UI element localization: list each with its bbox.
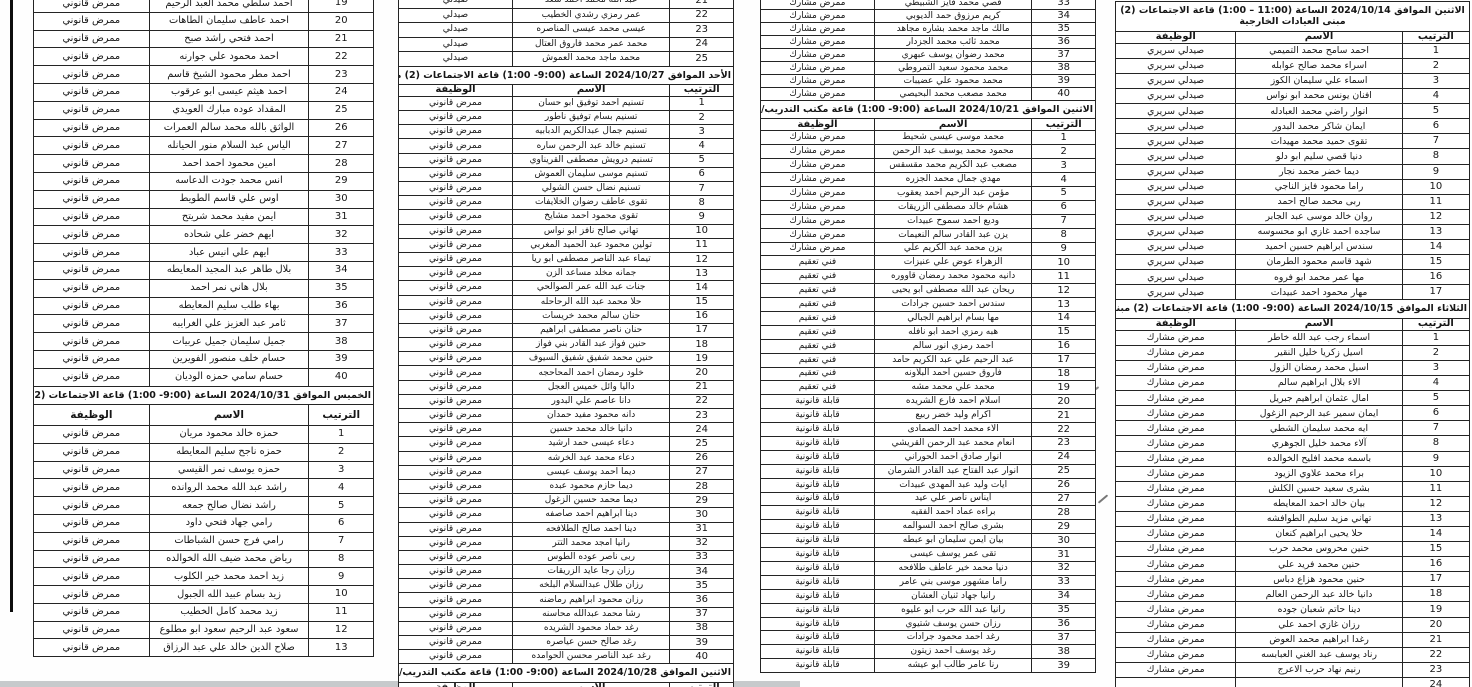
name-cell: جميل سليمان جميل عربيات <box>149 333 309 351</box>
table-row: 8يزن عبد القادر سالم النعيماتممرض مشارك <box>761 228 1096 242</box>
name-cell: تهاني صالح نافز ابو نواس <box>512 224 669 238</box>
job-cell: ممرض مشارك <box>761 200 875 214</box>
table-row: 10تهاني صالح نافز ابو نواسممرض قانوني <box>399 224 734 238</box>
job-cell: ممرض قانوني <box>399 366 513 380</box>
name-cell: عمر رمزي رشدي الخطيب <box>512 8 669 23</box>
table-row: 23رنيم نهاد حرب الاعرجممرض مشارك <box>1116 662 1470 677</box>
table-row: 3مصعب عبد الكريم محمد مقسقسممرض مشارك <box>761 159 1096 173</box>
rank-cell: 3 <box>1402 360 1469 375</box>
job-cell: ممرض قانوني <box>399 309 513 323</box>
job-cell: صيدلي سريري <box>1116 43 1236 58</box>
table-row: 30اوس علي قاسم الطويطممرض قانوني <box>34 190 374 208</box>
name-cell: تقوى محمود احمد مشايخ <box>512 210 669 224</box>
table-row: 13جمانه مخلد مساعد الزنممرض قانوني <box>399 267 734 281</box>
name-cell: رامي جهاد فتحي داود <box>149 514 309 532</box>
job-cell: ممرض قانوني <box>34 479 150 497</box>
rank-cell: 33 <box>670 550 734 564</box>
job-cell: ممرض مشارك <box>761 36 875 49</box>
table-row: 37ثامر عبد العزيز علي الغرايبهممرض قانون… <box>34 315 374 333</box>
rank-cell: 9 <box>1032 242 1096 256</box>
name-cell: احمد فتحي راشد صبح <box>149 30 309 48</box>
job-cell: ممرض قانوني <box>34 0 150 12</box>
job-cell: ممرض مشارك <box>1116 526 1236 541</box>
name-cell: محمد رضوان يوسف عبهري <box>874 49 1031 62</box>
name-cell: دعاء محمد عبد الخرشه <box>512 451 669 465</box>
table-row: 31تقى عمر يوسف عيسىقابلة قانونية <box>761 548 1096 562</box>
job-cell: صيدلي سريري <box>1116 285 1236 300</box>
rank-cell: 37 <box>1032 631 1096 645</box>
table-row: 4راشد عبد الله محمد الرواندهممرض قانوني <box>34 479 374 497</box>
rank-cell: 23 <box>1402 662 1469 677</box>
job-cell: ممرض مشارك <box>1116 587 1236 602</box>
job-cell: قابلة قانونية <box>761 450 875 464</box>
table-row: 21داليا وائل خميس العجلممرض قانوني <box>399 380 734 394</box>
job-cell: قابلة قانونية <box>761 534 875 548</box>
name-cell: ربى ناصر عوده الطوس <box>512 550 669 564</box>
rank-cell: 5 <box>1402 104 1469 119</box>
table-row: 12تيماء عبد الناصر مصطفى ابو رياممرض قان… <box>399 252 734 266</box>
job-cell: ممرض مشارك <box>1116 406 1236 421</box>
scan-artifact <box>1098 494 1108 503</box>
rank-cell: 1 <box>1402 330 1469 345</box>
job-cell: ممرض قانوني <box>34 83 150 101</box>
name-cell: احمد هيثم عيسى ابو عرقوب <box>149 83 309 101</box>
job-cell: صيدلي سريري <box>1116 194 1236 209</box>
table-row: 29انس محمد جودت الدعاسهممرض قانوني <box>34 172 374 190</box>
name-cell: سعود عبد الرحيم سعود ابو مطلوع <box>149 621 309 639</box>
job-cell: قابلة قانونية <box>761 423 875 437</box>
name-cell: سندس ابراهيم حسين احميد <box>1236 240 1402 255</box>
name-cell <box>1236 677 1402 687</box>
rank-cell: 12 <box>1402 496 1469 511</box>
rank-cell: 32 <box>670 536 734 550</box>
rank-cell: 9 <box>309 568 374 586</box>
job-cell: ممرض قانوني <box>399 167 513 181</box>
schedule-column-2: 21عبد الله محمد احمد سعدصيدلي22عمر رمزي … <box>398 0 734 687</box>
rank-cell: 4 <box>1402 376 1469 391</box>
rank-cell: 38 <box>309 333 374 351</box>
table-row: 23دانه محمود مفيد حمدانممرض قانوني <box>399 409 734 423</box>
rank-cell: 2 <box>309 443 374 461</box>
rank-cell: 24 <box>670 423 734 437</box>
name-cell: امال عثمان ابراهيم جبريل <box>1236 391 1402 406</box>
job-cell: قابلة قانونية <box>761 409 875 423</box>
roster-table: الترتيبالاسمالوظيفة1احمد سامح محمد التمي… <box>1115 31 1470 301</box>
name-cell: بلال هاني نمر احمد <box>149 279 309 297</box>
job-cell: ممرض قانوني <box>34 621 150 639</box>
job-cell: ممرض قانوني <box>399 252 513 266</box>
rank-cell: 1 <box>670 96 734 110</box>
rank-cell: 13 <box>1402 224 1469 239</box>
job-cell: ممرض مشارك <box>761 131 875 145</box>
job-cell: ممرض مشارك <box>1116 617 1236 632</box>
rank-cell: 10 <box>309 586 374 604</box>
job-cell: صيدلي سريري <box>1116 164 1236 179</box>
job-cell: ممرض قانوني <box>399 210 513 224</box>
name-cell: براء محمد علاوي الزيود <box>1236 466 1402 481</box>
name-cell: حسام خلف منصور الفويرين <box>149 350 309 368</box>
rank-header: الترتيب <box>1402 31 1469 43</box>
name-cell: اكرام وليد خضر ربيع <box>874 409 1031 423</box>
table-row: 6رامي جهاد فتحي داودممرض قانوني <box>34 514 374 532</box>
job-cell: ممرض قانوني <box>399 579 513 593</box>
table-row: 26الواثق بالله محمد سالم العمراتممرض قان… <box>34 119 374 137</box>
rank-cell: 18 <box>670 338 734 352</box>
rank-cell: 39 <box>1032 75 1096 88</box>
name-cell: محمد ماجد محمد العموش <box>512 52 669 67</box>
rank-cell: 16 <box>1032 339 1096 353</box>
rank-cell: 1 <box>309 425 374 443</box>
rank-cell: 33 <box>1032 0 1096 10</box>
job-cell: ممرض قانوني <box>399 437 513 451</box>
job-cell: ممرض قانوني <box>399 338 513 352</box>
name-cell: انوار صادق احمد الحوراني <box>874 450 1031 464</box>
name-cell: يزن محمد عبد الكريم علي <box>874 242 1031 256</box>
name-header: الاسم <box>512 84 669 96</box>
table-row: 32دنيا محمد خير عاطف طلافحهقابلة قانونية <box>761 562 1096 576</box>
table-row: 21عبد الله محمد احمد سعدصيدلي <box>399 0 734 8</box>
rank-cell: 10 <box>1402 466 1469 481</box>
name-cell: دانا عاصم علي البدور <box>512 394 669 408</box>
job-cell: ممرض قانوني <box>399 451 513 465</box>
name-cell: تسنيم خالد عبد الرحمن ساره <box>512 139 669 153</box>
job-cell: ممرض مشارك <box>761 228 875 242</box>
rank-cell: 34 <box>1032 10 1096 23</box>
session-header: الثلاثاء الموافق 2024/10/15 الساعة (9:00… <box>1115 299 1470 318</box>
table-row: 38محمد محمود سعيد التمروطيممرض مشارك <box>761 62 1096 75</box>
rank-cell: 32 <box>1032 562 1096 576</box>
table-row: 3اسماء علي سليمان الكوزصيدلي سريري <box>1116 73 1470 88</box>
job-cell: ممرض قانوني <box>399 182 513 196</box>
rank-cell: 1 <box>1402 43 1469 58</box>
name-cell: ثامر عبد العزيز علي الغرايبه <box>149 315 309 333</box>
job-cell: ممرض مشارك <box>1116 421 1236 436</box>
name-cell: محمد ثائب محمد الجزدار <box>874 36 1031 49</box>
name-cell: ديما خضر محمد نجار <box>1236 164 1402 179</box>
roster-table: 21عبد الله محمد احمد سعدصيدلي22عمر رمزي … <box>398 0 734 67</box>
table-row: 35رانيا عبد الله حرب ابو عليوهقابلة قانو… <box>761 603 1096 617</box>
job-cell: ممرض مشارك <box>1116 602 1236 617</box>
rank-cell: 28 <box>309 155 374 173</box>
table-row: 25انوار عبد الفتاح عبد القادر الشرمانقاب… <box>761 464 1096 478</box>
name-cell: تقى عمر يوسف عيسى <box>874 548 1031 562</box>
name-cell: رغد حماد محمود الشريده <box>512 621 669 635</box>
schedule-column-4: الاثنين الموافق 2024/10/14 الساعة (11:00… <box>1115 2 1470 687</box>
job-cell: ممرض مشارك <box>761 10 875 23</box>
table-row: 21احمد فتحي راشد صبحممرض قانوني <box>34 30 374 48</box>
session-header: الاثنين الموافق 2024/10/28 الساعة (9:00-… <box>398 663 734 682</box>
name-cell: رزان محمود ابراهيم رماضنه <box>512 593 669 607</box>
table-row: 24دانيا خالد محمد حسينممرض قانوني <box>399 423 734 437</box>
name-cell: اسراء محمد صالح عوابله <box>1236 58 1402 73</box>
job-cell: ممرض قانوني <box>34 586 150 604</box>
table-row: 13سندس احمد حسين جراداتفني تعقيم <box>761 298 1096 312</box>
job-cell: ممرض قانوني <box>34 532 150 550</box>
job-cell <box>1116 677 1236 687</box>
table-row: 14حلا يحيى ابراهيم كنعانممرض مشارك <box>1116 526 1470 541</box>
job-cell: فني تعقيم <box>761 284 875 298</box>
job-cell: صيدلي سريري <box>1116 270 1236 285</box>
job-cell: ممرض قانوني <box>34 425 150 443</box>
table-row: 12روان خالد موسى عبد الجابرصيدلي سريري <box>1116 209 1470 224</box>
name-cell: عيسى محمد عيسى المناصره <box>512 23 669 38</box>
table-row: 19حنين محمد شفيق شفيق السيوفممرض قانوني <box>399 352 734 366</box>
rank-cell: 29 <box>1032 520 1096 534</box>
table-row: 16حنان سالم محمد خريساتممرض قانوني <box>399 309 734 323</box>
session-header: الأحد الموافق 2024/10/27 الساعة (9:00- 1… <box>398 66 734 85</box>
job-cell: ممرض قانوني <box>399 111 513 125</box>
table-row: 25محمد ماجد محمد العموشصيدلي <box>399 52 734 67</box>
rank-cell: 36 <box>1032 617 1096 631</box>
job-cell: ممرض مشارك <box>761 242 875 256</box>
rank-cell: 17 <box>670 323 734 337</box>
table-row: 36رزان حسن يوسف شتيويقابلة قانونية <box>761 617 1096 631</box>
name-cell: ايه محمد سليمان الشطي <box>1236 421 1402 436</box>
name-cell: الياس عبد السلام منور الحيانله <box>149 137 309 155</box>
name-cell: ديما احمد يوسف عيسى <box>512 465 669 479</box>
table-row: 3تسنيم جمال عبدالكريم الدبابيهممرض قانون… <box>399 125 734 139</box>
rank-cell: 6 <box>309 514 374 532</box>
job-cell: فني تعقيم <box>761 270 875 284</box>
rank-cell: 22 <box>670 394 734 408</box>
rank-cell: 12 <box>670 252 734 266</box>
name-cell: حنين محروس محمد حرب <box>1236 542 1402 557</box>
name-cell: الزهراء عوض علي عنيزات <box>874 256 1031 270</box>
name-cell: ريحان عبد الله مصطفى ابو يحيى <box>874 284 1031 298</box>
job-cell: قابلة قانونية <box>761 659 875 673</box>
column-headers-row: الترتيبالاسمالوظيفة <box>1116 318 1470 330</box>
table-row: 27الياس عبد السلام منور الحيانلهممرض قان… <box>34 137 374 155</box>
job-cell: ممرض قانوني <box>399 281 513 295</box>
schedule-column-1: 19احمد سلطي محمد العبد الرحيمممرض قانوني… <box>33 0 374 657</box>
name-header: الاسم <box>1236 318 1402 330</box>
name-cell: تولين محمود عبد الحميد المغربي <box>512 238 669 252</box>
job-cell: ممرض مشارك <box>1116 481 1236 496</box>
job-cell: فني تعقيم <box>761 381 875 395</box>
name-cell: حنين محمود هزاع دباس <box>1236 572 1402 587</box>
name-cell: راشد عبد الله محمد الروانده <box>149 479 309 497</box>
job-cell: ممرض مشارك <box>1116 345 1236 360</box>
name-cell: عبد الله محمد احمد سعد <box>512 0 669 8</box>
name-cell: كريم مرزوق حمد الديوبي <box>874 10 1031 23</box>
name-cell: مهدي جمال محمد الجزره <box>874 173 1031 187</box>
table-row: 17حنين محمود هزاع دباسممرض مشارك <box>1116 572 1470 587</box>
name-cell: محمد علي محمد مشه <box>874 381 1031 395</box>
name-cell: رزان رجا عايد الزريقات <box>512 565 669 579</box>
name-cell: ايهم علي انيس عباد <box>149 244 309 262</box>
job-cell: ممرض قانوني <box>34 315 150 333</box>
job-cell: قابلة قانونية <box>761 575 875 589</box>
rank-cell: 20 <box>309 12 374 30</box>
name-cell: روان خالد موسى عبد الجابر <box>1236 209 1402 224</box>
table-row: 35بلال هاني نمر احمدممرض قانوني <box>34 279 374 297</box>
table-row: 28ديما حازم محمود عبدهممرض قانوني <box>399 479 734 493</box>
name-cell: بهاء طلب سليم المعايطه <box>149 297 309 315</box>
name-cell: شهد قاسم محمود الطرمان <box>1236 255 1402 270</box>
job-cell: ممرض قانوني <box>399 565 513 579</box>
job-cell: صيدلي سريري <box>1116 119 1236 134</box>
table-row: 8تقوى عاطف رضوان الخلايفاتممرض قانوني <box>399 196 734 210</box>
table-row: 34رزان رجا عايد الزريقاتممرض قانوني <box>399 565 734 579</box>
rank-cell: 40 <box>670 650 734 664</box>
job-cell: قابلة قانونية <box>761 617 875 631</box>
job-cell: ممرض مشارك <box>761 145 875 159</box>
job-cell: ممرض قانوني <box>399 479 513 493</box>
rank-cell: 29 <box>670 494 734 508</box>
job-cell: ممرض مشارك <box>1116 511 1236 526</box>
job-cell: صيدلي <box>399 37 513 52</box>
name-cell: صلاح الدين خالد علي عبد الرزاق <box>149 639 309 657</box>
table-row: 12ريحان عبد الله مصطفى ابو يحيىفني تعقيم <box>761 284 1096 298</box>
job-cell: ممرض قانوني <box>399 423 513 437</box>
rank-cell: 18 <box>1402 587 1469 602</box>
job-cell: ممرض قانوني <box>399 636 513 650</box>
name-header: الاسم <box>874 119 1031 131</box>
job-cell: قابلة قانونية <box>761 589 875 603</box>
rank-cell: 26 <box>309 119 374 137</box>
column-headers-row: الترتيبالاسمالوظيفة <box>399 84 734 96</box>
name-cell: راما محمود فايز الناجي <box>1236 179 1402 194</box>
rank-cell: 19 <box>309 0 374 12</box>
job-cell: ممرض مشارك <box>1116 572 1236 587</box>
name-cell: ايمان سمير عبد الرحيم الزغول <box>1236 406 1402 421</box>
job-cell: قابلة قانونية <box>761 548 875 562</box>
column-headers-row: الترتيبالاسمالوظيفة <box>1116 31 1470 43</box>
rank-cell: 4 <box>670 139 734 153</box>
table-row: 22عمر رمزي رشدي الخطيبصيدلي <box>399 8 734 23</box>
rank-cell: 32 <box>309 226 374 244</box>
table-row: 19محمد علي محمد مشهفني تعقيم <box>761 381 1096 395</box>
job-cell: ممرض قانوني <box>34 568 150 586</box>
name-cell: زيد احمد محمد خير الكلوب <box>149 568 309 586</box>
table-row: 26ايات وليد عبد المهدى عبيداتقابلة قانون… <box>761 478 1096 492</box>
name-cell: حنان ناصر مصطفى ابراهيم <box>512 323 669 337</box>
job-cell: ممرض مشارك <box>1116 647 1236 662</box>
job-cell: ممرض مشارك <box>761 0 875 10</box>
job-header: الوظيفة <box>34 404 150 425</box>
name-cell: دانيا خالد محمد حسين <box>512 423 669 437</box>
table-row: 6هشام خالد مصطفى الزريقاتممرض مشارك <box>761 200 1096 214</box>
rank-cell: 30 <box>309 190 374 208</box>
table-row: 22الاء محمد احمد الصمادىقابلة قانونية <box>761 423 1096 437</box>
session-header: الاثنين الموافق 2024/10/21 الساعة (9:00-… <box>760 100 1096 119</box>
session-header: الخميس الموافق 2024/10/31 الساعة (9:00- … <box>33 386 374 405</box>
table-row: 27ايناس ناصر علي عيدقابلة قانونية <box>761 492 1096 506</box>
rank-cell: 16 <box>1402 557 1469 572</box>
table-row: 32ايهم خضر علي شحادهممرض قانوني <box>34 226 374 244</box>
name-cell: تهاني مزيد سليم الطوافشه <box>1236 511 1402 526</box>
table-row: 35رزان طلال عبدالسلام البلخهممرض قانوني <box>399 579 734 593</box>
job-cell: ممرض قانوني <box>34 350 150 368</box>
job-cell: ممرض قانوني <box>399 465 513 479</box>
page-edge-line <box>10 0 13 612</box>
table-row: 18دانيا خالد عبد الرحمن العالمممرض مشارك <box>1116 587 1470 602</box>
rank-cell: 39 <box>309 350 374 368</box>
name-cell: محمد موسى عيسى شحيط <box>874 131 1031 145</box>
table-row: 27ديما احمد يوسف عيسىممرض قانوني <box>399 465 734 479</box>
rank-cell: 20 <box>1032 395 1096 409</box>
name-cell: تقوى حميد محمد مهيدات <box>1236 134 1402 149</box>
table-row: 18فاروق حسين احمد البلاونهفني تعقيم <box>761 367 1096 381</box>
job-cell: قابلة قانونية <box>761 645 875 659</box>
rank-cell: 11 <box>1402 194 1469 209</box>
name-cell: ايهم خضر علي شحاده <box>149 226 309 244</box>
name-cell: رنا عامر طالب ابو عيشه <box>874 659 1031 673</box>
table-row: 24 <box>1116 677 1470 687</box>
table-row: 22دانا عاصم علي البدورممرض قانوني <box>399 394 734 408</box>
table-row: 7ايه محمد سليمان الشطيممرض مشارك <box>1116 421 1470 436</box>
name-cell: محمد محمود سعيد التمروطي <box>874 62 1031 75</box>
job-cell: ممرض قانوني <box>399 125 513 139</box>
rank-cell: 39 <box>670 636 734 650</box>
job-cell: ممرض قانوني <box>399 380 513 394</box>
job-cell: صيدلي سريري <box>1116 179 1236 194</box>
name-cell: انوار عبد الفتاح عبد القادر الشرمان <box>874 464 1031 478</box>
job-cell: ممرض قانوني <box>34 639 150 657</box>
table-row: 11بشرى سعيد حسين الكلشممرض مشارك <box>1116 481 1470 496</box>
job-cell: فني تعقيم <box>761 353 875 367</box>
rank-cell: 14 <box>1032 311 1096 325</box>
rank-cell: 25 <box>309 101 374 119</box>
table-row: 14مها بسام ابراهيم الجباليفني تعقيم <box>761 311 1096 325</box>
name-cell: محمد مصعب محمد البحيصي <box>874 88 1031 101</box>
table-row: 36بهاء طلب سليم المعايطهممرض قانوني <box>34 297 374 315</box>
name-cell: احمد عاطف سليمان الطاهات <box>149 12 309 30</box>
table-row: 2تسنيم بسام توفيق ناطورممرض قانوني <box>399 111 734 125</box>
table-row: 8آلاء محمد خليل الجوهريممرض مشارك <box>1116 436 1470 451</box>
name-cell: دنيا قصي سليم ابو دلو <box>1236 149 1402 164</box>
job-header: الوظيفة <box>1116 318 1236 330</box>
rank-cell: 7 <box>1402 421 1469 436</box>
rank-cell: 5 <box>309 497 374 515</box>
name-cell: تسنيم احمد توفيق ابو حسان <box>512 96 669 110</box>
name-cell: بشرى سعيد حسين الكلش <box>1236 481 1402 496</box>
table-row: 16مها عمر محمد ابو فروهصيدلي سريري <box>1116 270 1470 285</box>
name-cell: رزان غازي احمد علي <box>1236 617 1402 632</box>
rank-cell: 19 <box>1032 381 1096 395</box>
table-row: 29بشرى صالح احمد السوالمهقابلة قانونية <box>761 520 1096 534</box>
rank-cell: 8 <box>1402 149 1469 164</box>
rank-cell: 12 <box>309 621 374 639</box>
name-cell: ايمن مفيد محمد شريتح <box>149 208 309 226</box>
name-cell: بشرى صالح احمد السوالمه <box>874 520 1031 534</box>
job-cell: ممرض قانوني <box>399 323 513 337</box>
job-cell: ممرض مشارك <box>1116 330 1236 345</box>
name-cell: رانيا امجد محمد التتر <box>512 536 669 550</box>
column-headers-row: الترتيبالاسمالوظيفة <box>761 119 1096 131</box>
job-cell: ممرض قانوني <box>34 244 150 262</box>
job-cell: ممرض قانوني <box>34 48 150 66</box>
name-cell: تيماء عبد الناصر مصطفى ابو ريا <box>512 252 669 266</box>
rank-cell: 38 <box>1032 62 1096 75</box>
table-row: 11تولين محمود عبد الحميد المغربيممرض قان… <box>399 238 734 252</box>
rank-cell: 14 <box>1402 526 1469 541</box>
rank-cell: 13 <box>309 639 374 657</box>
name-cell: تسنيم جمال عبدالكريم الدبابيه <box>512 125 669 139</box>
table-row: 5مؤمن عبد الرحيم احمد يعقوبممرض مشارك <box>761 186 1096 200</box>
table-row: 19دينا حاتم شعبان جودهممرض مشارك <box>1116 602 1470 617</box>
rank-header: الترتيب <box>309 404 374 425</box>
table-row: 31ايمن مفيد محمد شريتحممرض قانوني <box>34 208 374 226</box>
job-cell: فني تعقيم <box>761 367 875 381</box>
job-cell: ممرض قانوني <box>399 550 513 564</box>
table-row: 9زيد احمد محمد خير الكلوبممرض قانوني <box>34 568 374 586</box>
job-cell: ممرض قانوني <box>399 352 513 366</box>
rank-header: الترتيب <box>1032 119 1096 131</box>
table-row: 4افنان يونس محمد ابو نواسصيدلي سريري <box>1116 89 1470 104</box>
rank-cell: 25 <box>670 52 734 67</box>
table-row: 11زيد محمد كامل الخطيبممرض قانوني <box>34 603 374 621</box>
